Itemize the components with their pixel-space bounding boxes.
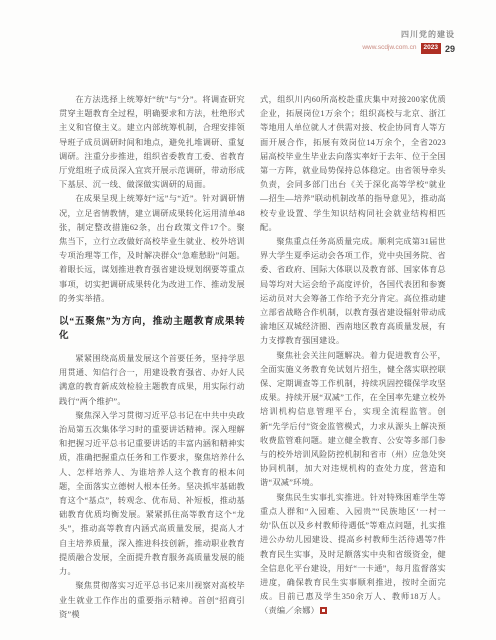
paragraph: 在方法选择上统筹好“统”与“分”。将调查研究贯穿主题教育全过程，明确要求和方法，…: [59, 93, 245, 192]
right-column: 式，组织川内60所高校赴重庆集中对接200家优质企业，拓展岗位1万余个；组织高校…: [260, 93, 446, 622]
magazine-page: 四川党的建设 www.scdjw.com.cn 2023 29 在方法选择上统筹…: [0, 0, 496, 640]
article-end-mark-icon: [320, 607, 327, 614]
paragraph: 聚焦重点任务高质量完成。顺利完成第31届世界大学生夏季运动会各项工作，党中央国务…: [260, 235, 446, 349]
magazine-website: www.scdjw.com.cn: [362, 44, 416, 53]
paragraph-continuation: 式，组织川内60所高校赴重庆集中对接200家优质企业，拓展岗位1万余个；组织高校…: [260, 93, 446, 235]
left-column: 在方法选择上统筹好“统”与“分”。将调查研究贯穿主题教育全过程，明确要求和方法，…: [59, 93, 245, 622]
paragraph: 聚焦社会关注问题解决。着力促进教育公平，全面实施义务教育免试划片招生，健全落实联…: [260, 349, 446, 491]
header-meta-row: www.scdjw.com.cn 2023 29: [362, 43, 455, 55]
paragraph-text: 聚焦民生实事扎实推进。针对特殊困难学生等重点人群和“入园难、入园贵”“民族地区‘…: [260, 493, 446, 601]
paragraph: 聚焦贯彻落实习近平总书记来川视察对高校毕业生就业工作作出的重要指示精神。首创“招…: [59, 579, 245, 622]
paragraph: 聚焦深入学习贯彻习近平总书记在中共中央政治局第五次集体学习时的重要讲话精神。深入…: [59, 409, 245, 579]
magazine-title: 四川党的建设: [362, 30, 455, 41]
page-number: 29: [445, 43, 455, 55]
editor-credit: （责编／余娜）: [260, 606, 319, 615]
article-body: 在方法选择上统筹好“统”与“分”。将调查研究贯穿主题教育全过程，明确要求和方法，…: [59, 93, 446, 622]
paragraph: 聚焦民生实事扎实推进。针对特殊困难学生等重点人群和“入园难、入园贵”“民族地区‘…: [260, 491, 446, 619]
section-heading: 以“五聚焦”为方向，推动主题教育成果转化: [59, 315, 245, 343]
paragraph: 在成果呈现上统筹好“远”与“近”。针对调研情况，立足省情教情，建立调研成果转化运…: [59, 192, 245, 306]
year-badge: 2023: [421, 43, 441, 54]
paragraph: 紧紧围绕高质量发展这个首要任务，坚持学思用贯通、知信行合一，用建设教育强省、办好…: [59, 352, 245, 409]
page-header: 四川党的建设 www.scdjw.com.cn 2023 29: [362, 30, 455, 55]
